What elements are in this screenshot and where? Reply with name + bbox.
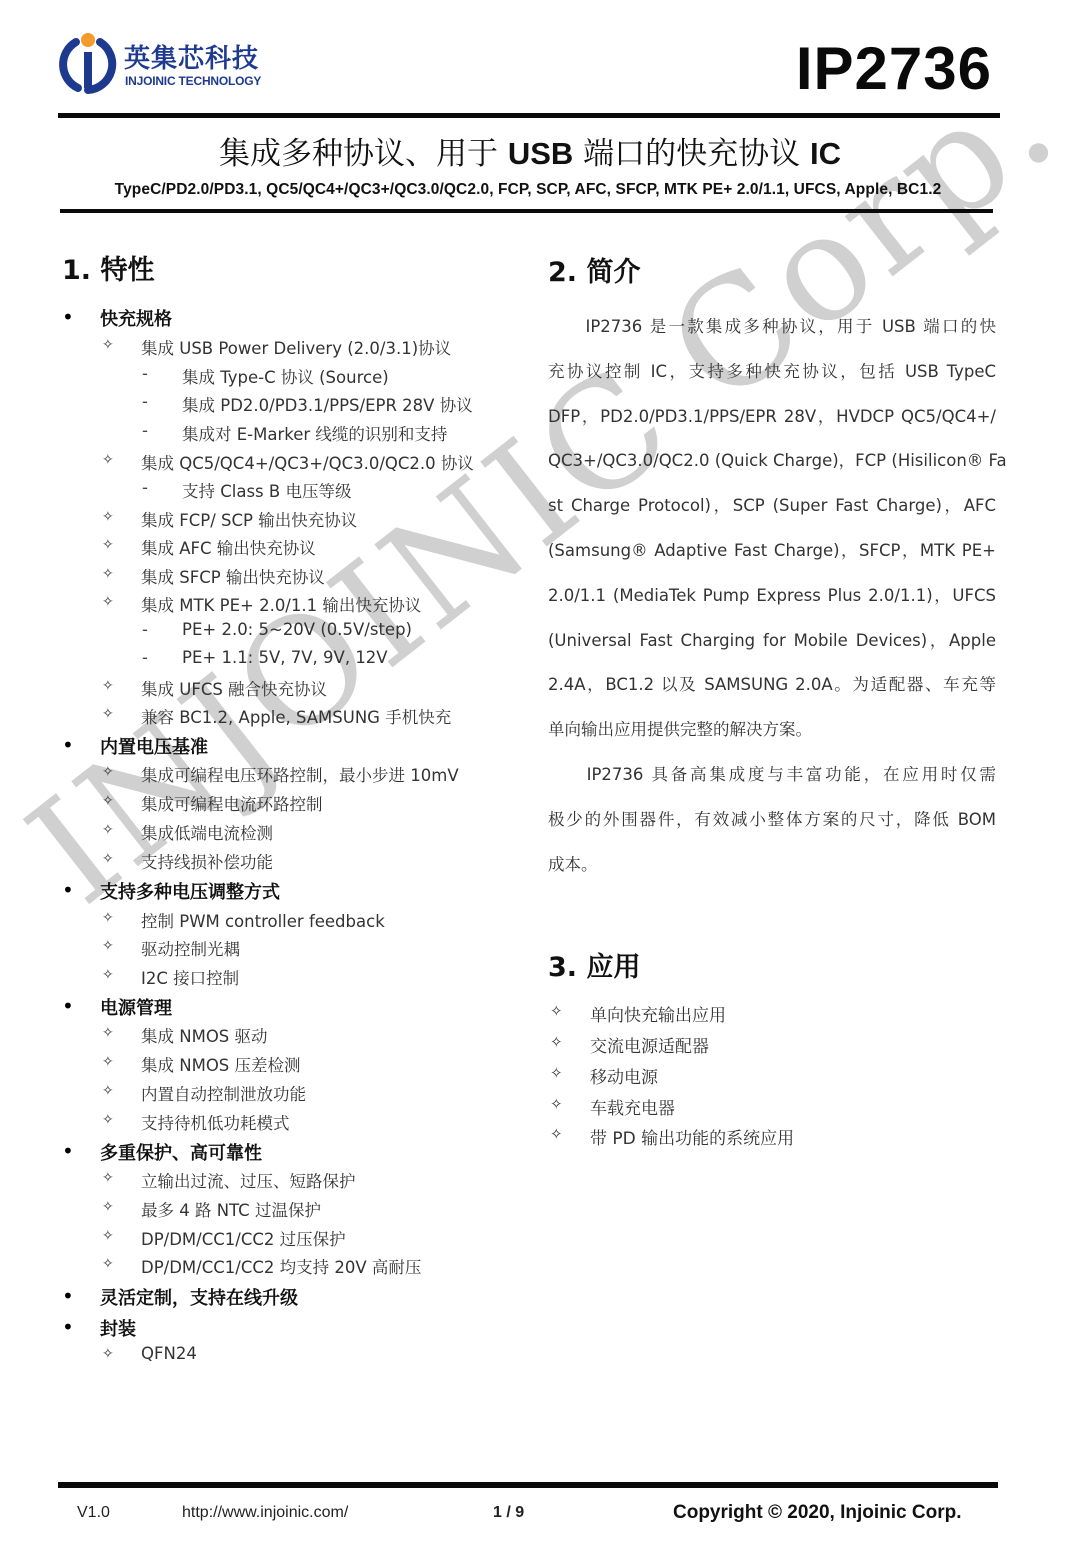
feature-text: 集成 PD2.0/PD3.1/PPS/EPR 28V 协议 — [182, 392, 473, 416]
dash-bullet-icon: - — [142, 620, 148, 639]
feature-text: 兼容 BC1.2, Apple, SAMSUNG 手机快充 — [141, 704, 451, 728]
bullet-dot-icon: • — [62, 994, 74, 1018]
paragraph-line: IP2736 具备高集成度与丰富功能，在应用时仅需 — [548, 753, 996, 798]
feature-text: I2C 接口控制 — [141, 965, 239, 989]
paragraph-line: 2.0/1.1 (MediaTek Pump Express Plus 2.0/… — [548, 574, 996, 619]
paragraph-line: 成本。 — [548, 843, 996, 888]
features-heading: 1. 特性 — [62, 248, 154, 287]
diamond-star-bullet-icon: ✧ — [550, 1002, 563, 1020]
diamond-star-bullet-icon: ✧ — [102, 337, 114, 353]
diamond-star-bullet-icon: ✧ — [102, 793, 114, 809]
footer-rule — [58, 1482, 998, 1488]
document-subtitle: TypeC/PD2.0/PD3.1, QC5/QC4+/QC3+/QC3.0/Q… — [0, 181, 1056, 199]
bullet-dot-icon: • — [62, 878, 74, 902]
feature-text: DP/DM/CC1/CC2 均支持 20V 高耐压 — [141, 1254, 421, 1278]
diamond-star-bullet-icon: ✧ — [102, 938, 114, 954]
feature-text: 快充规格 — [100, 305, 172, 331]
paragraph-line: DFP，PD2.0/PD3.1/PPS/EPR 28V，HVDCP QC5/QC… — [548, 395, 996, 440]
feature-text: 集成 USB Power Delivery (2.0/3.1)协议 — [141, 335, 451, 359]
feature-text: QFN24 — [141, 1344, 197, 1363]
paragraph-line: 极少的外围器件，有效减小整体方案的尺寸，降低 BOM — [548, 798, 996, 843]
dash-bullet-icon: - — [142, 648, 148, 667]
diamond-star-bullet-icon: ✧ — [102, 1083, 114, 1099]
applications-heading: 3. 应用 — [548, 945, 640, 984]
feature-text: DP/DM/CC1/CC2 过压保护 — [141, 1226, 346, 1250]
diamond-star-bullet-icon: ✧ — [550, 1125, 563, 1143]
feature-text: 支持多种电压调整方式 — [100, 878, 280, 904]
diamond-star-bullet-icon: ✧ — [102, 1170, 114, 1186]
feature-text: PE+ 2.0: 5~20V (0.5V/step) — [182, 620, 412, 639]
feature-text: 集成可编程电压环路控制，最小步进 10mV — [141, 762, 459, 786]
diamond-star-bullet-icon: ✧ — [102, 1256, 114, 1272]
intro-paragraph-2: IP2736 具备高集成度与丰富功能，在应用时仅需极少的外围器件，有效减小整体方… — [548, 753, 996, 887]
feature-text: 集成 NMOS 压差检测 — [141, 1052, 301, 1076]
feature-text: 集成 MTK PE+ 2.0/1.1 输出快充协议 — [141, 592, 421, 616]
bullet-dot-icon: • — [62, 1315, 74, 1339]
application-text: 车载充电器 — [590, 1094, 675, 1119]
footer-copyright: Copyright © 2020, Injoinic Corp. — [673, 1502, 961, 1524]
feature-text: 最多 4 路 NTC 过温保护 — [141, 1197, 321, 1221]
diamond-star-bullet-icon: ✧ — [102, 594, 114, 610]
feature-text: 灵活定制，支持在线升级 — [100, 1284, 298, 1310]
header-rule — [58, 113, 1000, 118]
feature-text: 支持线损补偿功能 — [141, 849, 273, 873]
logo-text-cn: 英集芯科技 — [124, 38, 259, 75]
feature-text: PE+ 1.1: 5V, 7V, 9V, 12V — [182, 648, 388, 667]
paragraph-line: 2.4A，BC1.2 以及 SAMSUNG 2.0A。为适配器、车充等 — [548, 663, 996, 708]
diamond-star-bullet-icon: ✧ — [102, 822, 114, 838]
paragraph-line: st Charge Protocol)，SCP (Super Fast Char… — [548, 484, 996, 529]
feature-text: 集成 AFC 输出快充协议 — [141, 535, 316, 559]
bullet-dot-icon: • — [62, 733, 74, 757]
feature-text: 封装 — [100, 1315, 136, 1341]
paragraph-line: 单向输出应用提供完整的解决方案。 — [548, 708, 996, 753]
title-part-a: 集成多种协议、用于 — [219, 136, 498, 172]
footer-page-number: 1 / 9 — [493, 1504, 524, 1522]
paragraph-line: IP2736 是一款集成多种协议，用于 USB 端口的快 — [548, 305, 996, 350]
intro-heading: 2. 简介 — [548, 250, 640, 289]
footer-url-link[interactable]: http://www.injoinic.com/ — [182, 1504, 348, 1522]
diamond-star-bullet-icon: ✧ — [102, 851, 114, 867]
application-text: 交流电源适配器 — [590, 1032, 709, 1057]
paragraph-line: (Universal Fast Charging for Mobile Devi… — [548, 619, 996, 664]
diamond-star-bullet-icon: ✧ — [102, 1112, 114, 1128]
dash-bullet-icon: - — [142, 478, 148, 497]
title-usb: USB — [508, 136, 573, 171]
application-text: 移动电源 — [590, 1063, 658, 1088]
diamond-star-bullet-icon: ✧ — [102, 537, 114, 553]
feature-text: 内置自动控制泄放功能 — [141, 1081, 306, 1105]
part-number: IP2736 — [796, 34, 992, 103]
injoinic-logo-icon — [58, 32, 118, 94]
diamond-star-bullet-icon: ✧ — [550, 1064, 563, 1082]
company-logo: 英集芯科技 INJOINIC TECHNOLOGY — [58, 32, 278, 94]
feature-text: 集成可编程电流环路控制 — [141, 791, 323, 815]
document-title: 集成多种协议、用于 USB 端口的快充协议 IC — [0, 128, 1060, 173]
diamond-star-bullet-icon: ✧ — [550, 1095, 563, 1113]
bullet-dot-icon: • — [62, 305, 74, 329]
application-text: 单向快充输出应用 — [590, 1001, 726, 1026]
diamond-star-bullet-icon: ✧ — [550, 1033, 563, 1051]
feature-text: 多重保护、高可靠性 — [100, 1139, 262, 1165]
dash-bullet-icon: - — [142, 392, 148, 411]
diamond-star-bullet-icon: ✧ — [102, 678, 114, 694]
diamond-star-bullet-icon: ✧ — [102, 1228, 114, 1244]
dash-bullet-icon: - — [142, 421, 148, 440]
feature-text: 集成 Type-C 协议 (Source) — [182, 364, 389, 388]
title-part-b: 端口的快充协议 — [583, 136, 800, 172]
footer-version: V1.0 — [77, 1504, 110, 1522]
feature-text: 控制 PWM controller feedback — [141, 908, 385, 932]
bullet-dot-icon: • — [62, 1284, 74, 1308]
diamond-star-bullet-icon: ✧ — [102, 706, 114, 722]
feature-text: 集成对 E-Marker 线缆的识别和支持 — [182, 421, 447, 445]
diamond-star-bullet-icon: ✧ — [102, 1025, 114, 1041]
intro-paragraph-1: IP2736 是一款集成多种协议，用于 USB 端口的快充协议控制 IC，支持多… — [548, 305, 996, 753]
paragraph-line: 充协议控制 IC，支持多种快充协议，包括 USB TypeC — [548, 350, 996, 395]
feature-text: 支持 Class B 电压等级 — [182, 478, 351, 502]
application-text: 带 PD 输出功能的系统应用 — [590, 1124, 794, 1149]
diamond-star-bullet-icon: ✧ — [102, 566, 114, 582]
feature-text: 集成 FCP/ SCP 输出快充协议 — [141, 507, 357, 531]
title-ic: IC — [810, 136, 841, 171]
subtitle-rule — [60, 209, 993, 213]
dash-bullet-icon: - — [142, 364, 148, 383]
feature-text: 集成 QC5/QC4+/QC3+/QC3.0/QC2.0 协议 — [141, 450, 474, 474]
diamond-star-bullet-icon: ✧ — [102, 967, 114, 983]
feature-text: 集成低端电流检测 — [141, 820, 273, 844]
bullet-dot-icon: • — [62, 1139, 74, 1163]
diamond-star-bullet-icon: ✧ — [102, 1054, 114, 1070]
feature-text: 立输出过流、过压、短路保护 — [141, 1168, 356, 1192]
feature-text: 集成 NMOS 驱动 — [141, 1023, 268, 1047]
feature-text: 支持待机低功耗模式 — [141, 1110, 290, 1134]
feature-text: 内置电压基准 — [100, 733, 208, 759]
feature-text: 电源管理 — [100, 994, 172, 1020]
diamond-star-bullet-icon: ✧ — [102, 1346, 114, 1362]
paragraph-line: (Samsung® Adaptive Fast Charge)，SFCP，MTK… — [548, 529, 996, 574]
logo-text-en: INJOINIC TECHNOLOGY — [125, 74, 261, 88]
paragraph-line: QC3+/QC3.0/QC2.0 (Quick Charge)，FCP (His… — [548, 439, 996, 484]
diamond-star-bullet-icon: ✧ — [102, 1199, 114, 1215]
feature-text: 集成 UFCS 融合快充协议 — [141, 676, 327, 700]
diamond-star-bullet-icon: ✧ — [102, 764, 114, 780]
feature-text: 集成 SFCP 输出快充协议 — [141, 564, 325, 588]
diamond-star-bullet-icon: ✧ — [102, 452, 114, 468]
feature-text: 驱动控制光耦 — [141, 936, 240, 960]
diamond-star-bullet-icon: ✧ — [102, 509, 114, 525]
diamond-star-bullet-icon: ✧ — [102, 910, 114, 926]
